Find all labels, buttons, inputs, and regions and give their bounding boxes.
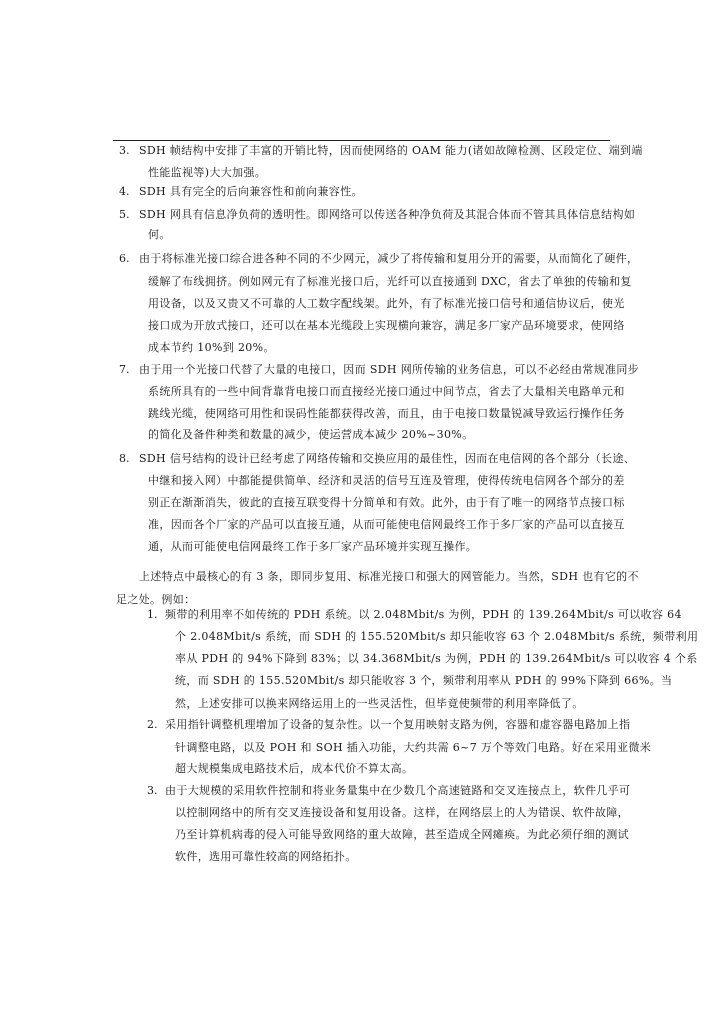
list-item-line: 软件，选用可靠性较高的网络拓扑。 [175, 850, 357, 864]
paragraph-line: 上述特点中最核心的有 3 条，即同步复用、标准光接口和强大的网管能力。当然，SD… [139, 570, 639, 584]
header-rule [113, 140, 610, 141]
list-item-line: 超大规模集成电路技术后，成本代价不算太高。 [175, 762, 413, 776]
list-item-line: SDH 具有完全的后向兼容性和前向兼容性。 [139, 185, 363, 199]
list-item-line: 乃至计算机病毒的侵入可能导致网络的重大故障，甚至造成全网瘫痪。为此必须仔细的测试 [175, 828, 629, 842]
list-item-line: SDH 网具有信息净负荷的透明性。即网络可以传送各种净负荷及其混合体而不管其具体… [139, 208, 635, 222]
list-item-line: 由于将标准光接口综合进各种不同的不少网元，减少了将传输和复用分开的需要，从而简化… [139, 252, 638, 266]
list-item-line: 通，从而可能使电信网最终工作于多厂家产品环境并实现互操作。 [148, 540, 477, 554]
list-number: 2. [147, 718, 158, 732]
list-item-line: 缓解了布线拥挤。例如网元有了标准光接口后，光纤可以直接通到 DXC，省去了单独的… [148, 275, 632, 289]
list-item-line: 由于用一个光接口代替了大量的电接口，因而 SDH 网所传输的业务信息，可以不必经… [139, 363, 639, 377]
list-item-line: 何。 [148, 228, 171, 242]
list-number: 6. [119, 252, 130, 266]
list-number: 4. [119, 185, 130, 199]
list-number: 5. [119, 208, 130, 222]
list-number: 1. [147, 608, 158, 622]
list-item-line: 中继和接入网）中都能提供简单、经济和灵活的信号互连及管理，使得传统电信网各个部分… [148, 474, 625, 488]
list-item-line: 频带的利用率不如传统的 PDH 系统。以 2.048Mbit/s 为例，PDH … [165, 608, 682, 622]
list-item-line: 个 2.048Mbit/s 系统，而 SDH 的 155.520Mbit/s 却… [175, 630, 698, 644]
list-number: 8. [119, 452, 130, 466]
list-item-line: 针调整电路，以及 POH 和 SOH 插入功能，大约共需 6~7 万个等效门电路… [175, 741, 651, 755]
list-item-line: 率从 PDH 的 94%下降到 83%；以 34.368Mbit/s 为例，PD… [175, 652, 698, 666]
paragraph-line: 足之处。例如： [116, 593, 195, 607]
list-item-line: 然，上述安排可以换来网络运用上的一些灵活性，但毕竟使频带的利用率降低了。 [175, 697, 584, 711]
list-number: 7. [119, 363, 130, 377]
list-item-line: 系统所具有的一些中间背靠背电接口而直接经光接口通过中间节点，省去了大量相关电路单… [148, 385, 625, 399]
list-item-line: 成本节约 10%到 20%。 [148, 341, 275, 355]
list-item-line: 用设备，以及又贵又不可靠的人工数字配线架。此外，有了标准光接口信号和通信协议后，… [148, 297, 625, 311]
list-number: 3. [119, 144, 130, 158]
list-item-line: 跳线光缆，使网络可用性和误码性能都获得改善，而且，由于电接口数量锐减导致运行操作… [148, 407, 625, 421]
list-number: 3. [147, 784, 158, 798]
list-item-line: 以控制网络中的所有交叉连接设备和复用设备。这样，在网络层上的人为错误、软件故障， [175, 806, 629, 820]
list-item-line: 准，因而各个厂家的产品可以直接互通，从而可能使电信网最终工作于多厂家的产品可以直… [148, 518, 625, 532]
list-item-line: 采用指针调整机理增加了设备的复杂性。以一个复用映射支路为例，容器和虚容器电路加上… [165, 718, 630, 732]
list-item-line: 统，而 SDH 的 155.520Mbit/s 却只能收容 3 个，频带利用率从… [175, 674, 672, 688]
list-item-line: 接口成为开放式接口，还可以在基本光缆段上实现横向兼容，满足多厂家产品环境要求，使… [148, 319, 625, 333]
list-item-line: 由于大规模的采用软件控制和将业务量集中在少数几个高速链路和交叉连接点上，软件几乎… [165, 784, 630, 798]
list-item-line: SDH 信号结构的设计已经考虑了网络传输和交换应用的最佳性，因而在电信网的各个部… [139, 452, 635, 466]
list-item-line: 的简化及备件种类和数量的减少，使运营成本减少 20%~30%。 [148, 428, 473, 442]
list-item-line: 性能监视等)大大加强。 [148, 166, 266, 180]
list-item-line: 别正在渐渐消失，彼此的直接互联变得十分简单和有效。此外，由于有了唯一的网络节点接… [148, 496, 625, 510]
list-item-line: SDH 帧结构中安排了丰富的开销比特，因而使网络的 OAM 能力(诸如故障检测、… [139, 144, 643, 158]
